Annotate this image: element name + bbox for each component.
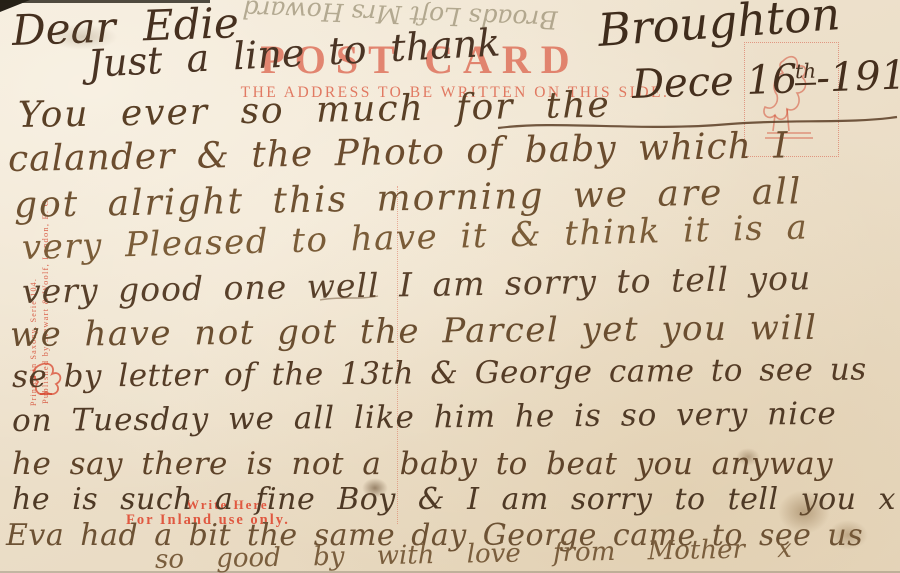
- message-line: he is such a fine Boy & I am sorry to te…: [12, 482, 896, 517]
- date-line: Dece 16th-1915: [631, 52, 900, 108]
- postcard-scan: POST CARD THE ADDRESS TO BE WRITTEN ON T…: [0, 0, 900, 573]
- date-day: Dece 16: [631, 56, 798, 108]
- date-ordinal: th: [795, 58, 817, 85]
- message-line: he say there is not a baby to beat you a…: [12, 446, 833, 482]
- message-line: we have not got the Parcel yet you will: [10, 308, 818, 355]
- date-year: -1915: [815, 52, 900, 102]
- message-line: very good one well I am sorry to tell yo…: [22, 258, 812, 311]
- message-line: se by letter of the 13th & George came t…: [12, 352, 867, 395]
- message-line: on Tuesday we all like him he is so very…: [12, 396, 837, 439]
- message-line: You ever so much for the: [18, 85, 611, 136]
